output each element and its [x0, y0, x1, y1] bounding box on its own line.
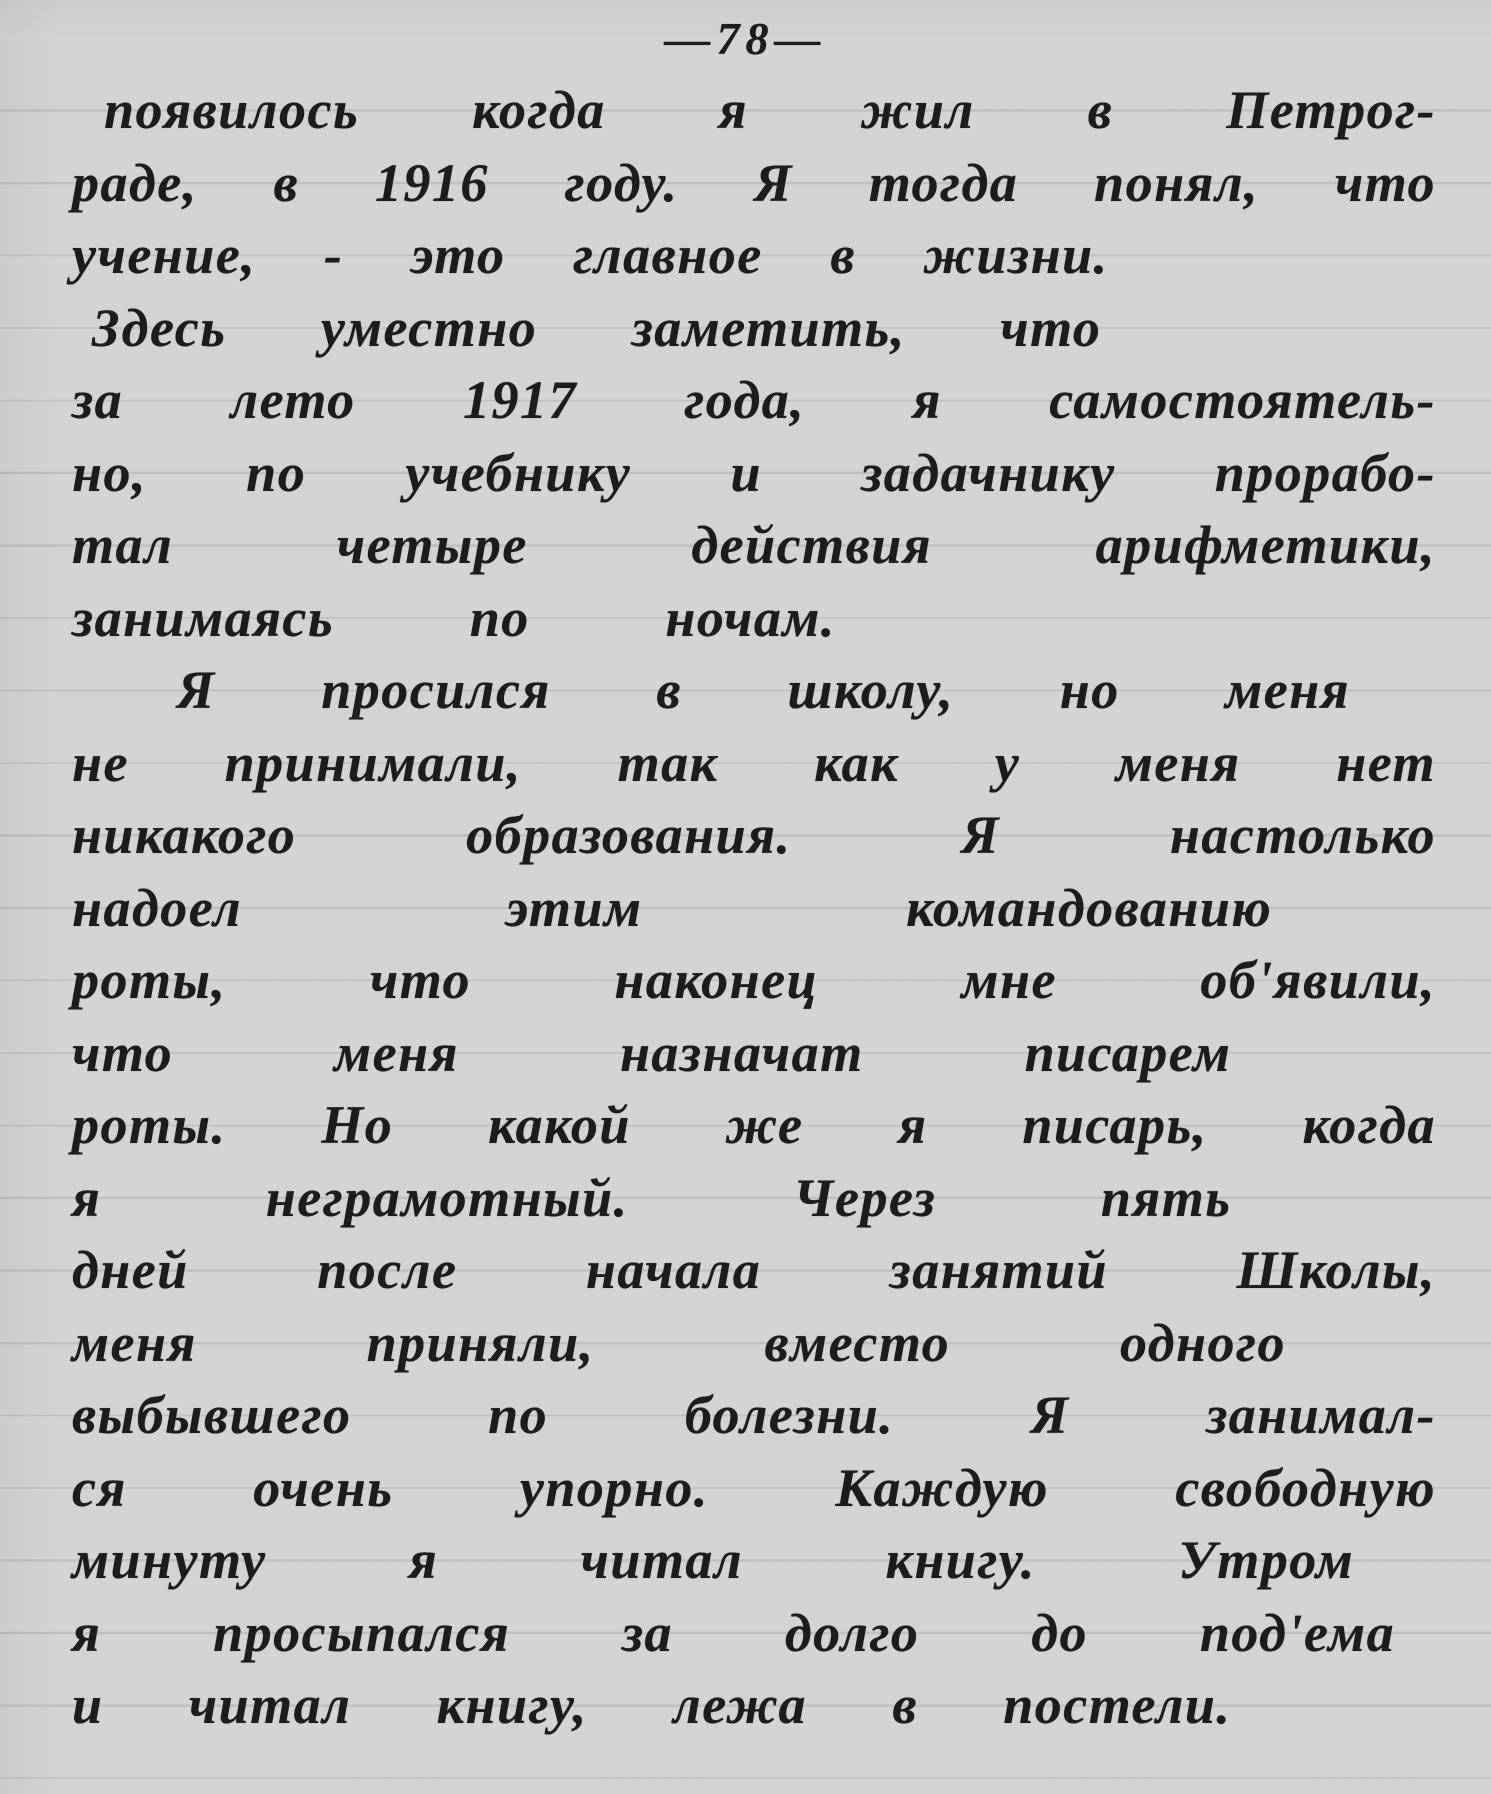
manuscript-line: Здесь уместно заметить, что: [92, 292, 1101, 365]
manuscript-line: роты, что наконец мне об'явили,: [72, 944, 1436, 1017]
page-number: —78—: [536, 10, 956, 72]
manuscript-line: меня приняли, вместо одного: [72, 1307, 1286, 1380]
manuscript-line: надоел этим командованию: [72, 872, 1272, 945]
manuscript-line: я неграмотный. Через пять: [72, 1162, 1231, 1235]
manuscript-line: дней после начала занятий Школы,: [72, 1234, 1436, 1307]
manuscript-line: тал четыре действия арифметики,: [72, 509, 1436, 582]
manuscript-line: я просыпался за долго до под'ема: [72, 1597, 1395, 1670]
manuscript-line: ся очень упорно. Каждую свободную: [72, 1452, 1436, 1525]
manuscript-line: учение, - это главное в жизни.: [72, 219, 1109, 292]
manuscript-text: появилось когда я жил в Петрог- раде, в …: [72, 74, 1436, 1742]
manuscript-line: но, по учебнику и задачнику прорабо-: [72, 437, 1436, 510]
manuscript-line: и читал книгу, лежа в постели.: [72, 1669, 1231, 1742]
manuscript-line: минуту я читал книгу. Утром: [72, 1524, 1354, 1597]
manuscript-line: никакого образования. Я настолько: [72, 799, 1436, 872]
manuscript-line: выбывшего по болезни. Я занимал-: [72, 1379, 1436, 1452]
manuscript-page: —78— появилось когда я жил в Петрог- рад…: [0, 0, 1491, 1794]
manuscript-line: что меня назначат писарем: [72, 1017, 1231, 1090]
manuscript-line: занимаясь по ночам.: [72, 582, 836, 655]
manuscript-line: за лето 1917 года, я самостоятель-: [72, 364, 1436, 437]
manuscript-line: не принимали, так как у меня нет: [72, 727, 1436, 800]
manuscript-line: появилось когда я жил в Петрог-: [104, 74, 1436, 147]
manuscript-line: Я просился в школу, но меня: [177, 654, 1350, 727]
manuscript-line: раде, в 1916 году. Я тогда понял, что: [72, 147, 1436, 220]
manuscript-line: роты. Но какой же я писарь, когда: [72, 1089, 1436, 1162]
